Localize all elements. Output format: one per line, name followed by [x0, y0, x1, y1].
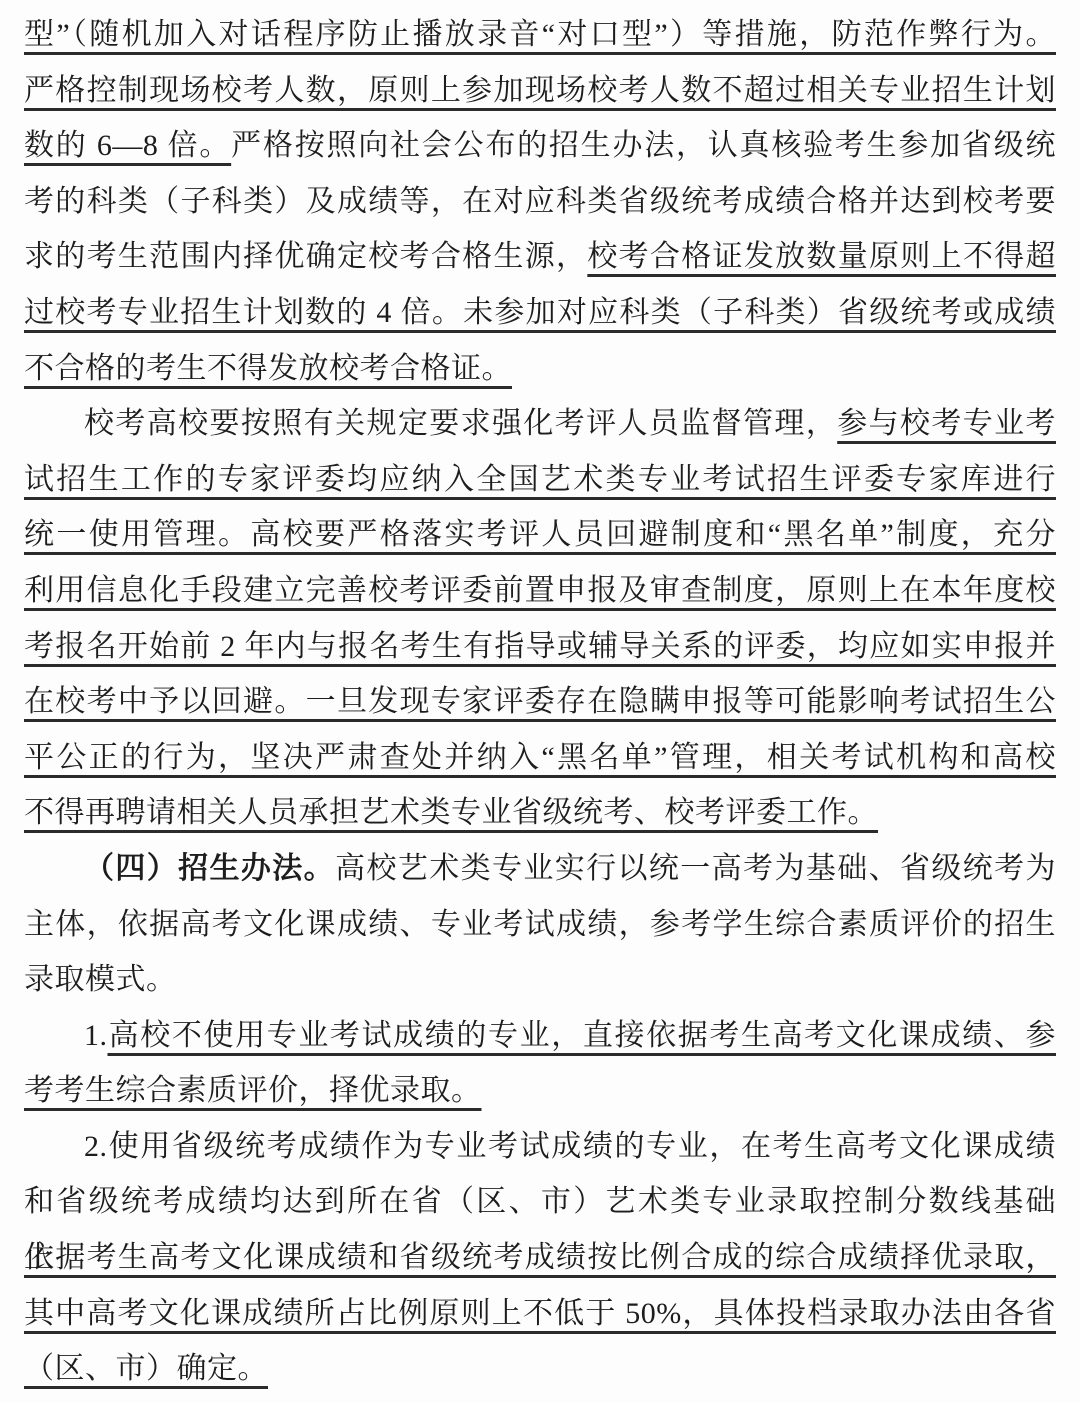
text-line: 在校考中予以回避。一旦发现专家评委存在隐瞒申报等可能影响考试招生公: [24, 674, 1056, 730]
underlined-text-segment: 统一使用管理。高校要严格落实考评人员回避制度和“黑名单”制度，充分: [24, 518, 1056, 551]
text-line: 数的 6—8 倍。严格按照向社会公布的招生办法，认真核验考生参加省级统: [24, 118, 1056, 174]
underlined-text-segment: 不合格的考生不得发放校考合格证。: [24, 352, 512, 385]
text-line: 考考生综合素质评价，择优录取。: [24, 1063, 1056, 1119]
text-line: 和省级统考成绩均达到所在省（区、市）艺术类专业录取控制分数线基础上，: [24, 1174, 1056, 1230]
text-segment: 2.使用省级统考成绩作为专业考试成绩的专业，在考生高考文化课成绩: [84, 1130, 1056, 1163]
text-segment: 求的考生范围内择优确定校考合格生源，: [24, 240, 587, 273]
underlined-text-segment: （区、市）确定。: [24, 1352, 268, 1385]
text-segment: 严格按照向社会公布的招生办法，认真核验考生参加省级统: [231, 129, 1056, 162]
text-line: 不合格的考生不得发放校考合格证。: [24, 341, 1056, 397]
text-line: 平公正的行为，坚决严肃查处并纳入“黑名单”管理，相关考试机构和高校: [24, 730, 1056, 786]
text-line: 校考高校要按照有关规定要求强化考评人员监督管理，参与校考专业考: [24, 396, 1056, 452]
text-segment: 录取模式。: [24, 963, 177, 996]
underlined-text-segment: 参与校考专业考: [837, 407, 1056, 440]
text-line: （四）招生办法。高校艺术类专业实行以统一高考为基础、省级统考为: [24, 841, 1056, 897]
text-line: 1.高校不使用专业考试成绩的专业，直接依据考生高考文化课成绩、参: [24, 1008, 1056, 1064]
text-line: 求的考生范围内择优确定校考合格生源，校考合格证发放数量原则上不得超: [24, 229, 1056, 285]
underlined-text-segment: 平公正的行为，坚决严肃查处并纳入“黑名单”管理，相关考试机构和高校: [24, 741, 1056, 774]
underlined-text-segment: 数的 6—8 倍。: [24, 129, 231, 162]
text-line: 型”（随机加入对话程序防止播放录音“对口型”）等措施，防范作弊行为。: [24, 7, 1056, 63]
text-line: 过校考专业招生计划数的 4 倍。未参加对应科类（子科类）省级统考或成绩: [24, 285, 1056, 341]
text-line: 考报名开始前 2 年内与报名考生有指导或辅导关系的评委，均应如实申报并: [24, 619, 1056, 675]
text-line: 考的科类（子科类）及成绩等，在对应科类省级统考成绩合格并达到校考要: [24, 174, 1056, 230]
document-page: 型”（随机加入对话程序防止播放录音“对口型”）等措施，防范作弊行为。严格控制现场…: [0, 0, 1080, 1403]
underlined-text-segment: 其中高考文化课成绩所占比例原则上不低于 50%，具体投档录取办法由各省: [24, 1297, 1056, 1330]
text-line: 其中高考文化课成绩所占比例原则上不低于 50%，具体投档录取办法由各省: [24, 1286, 1056, 1342]
text-line: 严格控制现场校考人数，原则上参加现场校考人数不超过相关专业招生计划: [24, 63, 1056, 119]
section-heading-segment: （四）招生办法。: [84, 852, 335, 885]
underlined-text-segment: 过校考专业招生计划数的 4 倍。未参加对应科类（子科类）省级统考或成绩: [24, 296, 1056, 329]
underlined-text-segment: 试招生工作的专家评委均应纳入全国艺术类专业考试招生评委专家库进行: [24, 463, 1056, 496]
document-body: 型”（随机加入对话程序防止播放录音“对口型”）等措施，防范作弊行为。严格控制现场…: [24, 7, 1056, 1397]
underlined-text-segment: 在校考中予以回避。一旦发现专家评委存在隐瞒申报等可能影响考试招生公: [24, 685, 1056, 718]
underlined-text-segment: 依据考生高考文化课成绩和省级统考成绩按比例合成的综合成绩择优录取，: [24, 1241, 1056, 1274]
text-segment: 1.: [84, 1019, 108, 1052]
text-line: 2.使用省级统考成绩作为专业考试成绩的专业，在考生高考文化课成绩: [24, 1119, 1056, 1175]
underlined-text-segment: 严格控制现场校考人数，原则上参加现场校考人数不超过相关专业招生计划: [24, 74, 1056, 107]
underlined-text-segment: 高校不使用专业考试成绩的专业，直接依据考生高考文化课成绩、参: [108, 1019, 1057, 1052]
underlined-text-segment: 考考生综合素质评价，择优录取。: [24, 1074, 482, 1107]
underlined-text-segment: 不得再聘请相关人员承担艺术类专业省级统考、校考评委工作。: [24, 796, 878, 829]
underlined-text-segment: 考报名开始前 2 年内与报名考生有指导或辅导关系的评委，均应如实申报并: [24, 630, 1056, 663]
text-line: （区、市）确定。: [24, 1341, 1056, 1397]
text-segment: 主体，依据高考文化课成绩、专业考试成绩，参考学生综合素质评价的招生: [24, 908, 1056, 941]
underlined-text-segment: 利用信息化手段建立完善校考评委前置申报及审查制度，原则上在本年度校: [24, 574, 1056, 607]
text-segment: 高校艺术类专业实行以统一高考为基础、省级统考为: [335, 852, 1056, 885]
text-line: 试招生工作的专家评委均应纳入全国艺术类专业考试招生评委专家库进行: [24, 452, 1056, 508]
text-segment: 考的科类（子科类）及成绩等，在对应科类省级统考成绩合格并达到校考要: [24, 185, 1056, 218]
text-line: 利用信息化手段建立完善校考评委前置申报及审查制度，原则上在本年度校: [24, 563, 1056, 619]
text-line: 统一使用管理。高校要严格落实考评人员回避制度和“黑名单”制度，充分: [24, 507, 1056, 563]
text-segment: 校考高校要按照有关规定要求强化考评人员监督管理，: [84, 407, 837, 440]
underlined-text-segment: 校考合格证发放数量原则上不得超: [587, 240, 1056, 273]
text-line: 依据考生高考文化课成绩和省级统考成绩按比例合成的综合成绩择优录取，: [24, 1230, 1056, 1286]
text-line: 主体，依据高考文化课成绩、专业考试成绩，参考学生综合素质评价的招生: [24, 897, 1056, 953]
text-line: 不得再聘请相关人员承担艺术类专业省级统考、校考评委工作。: [24, 785, 1056, 841]
text-line: 录取模式。: [24, 952, 1056, 1008]
underlined-text-segment: 型”（随机加入对话程序防止播放录音“对口型”）等措施，防范作弊行为。: [24, 18, 1056, 51]
